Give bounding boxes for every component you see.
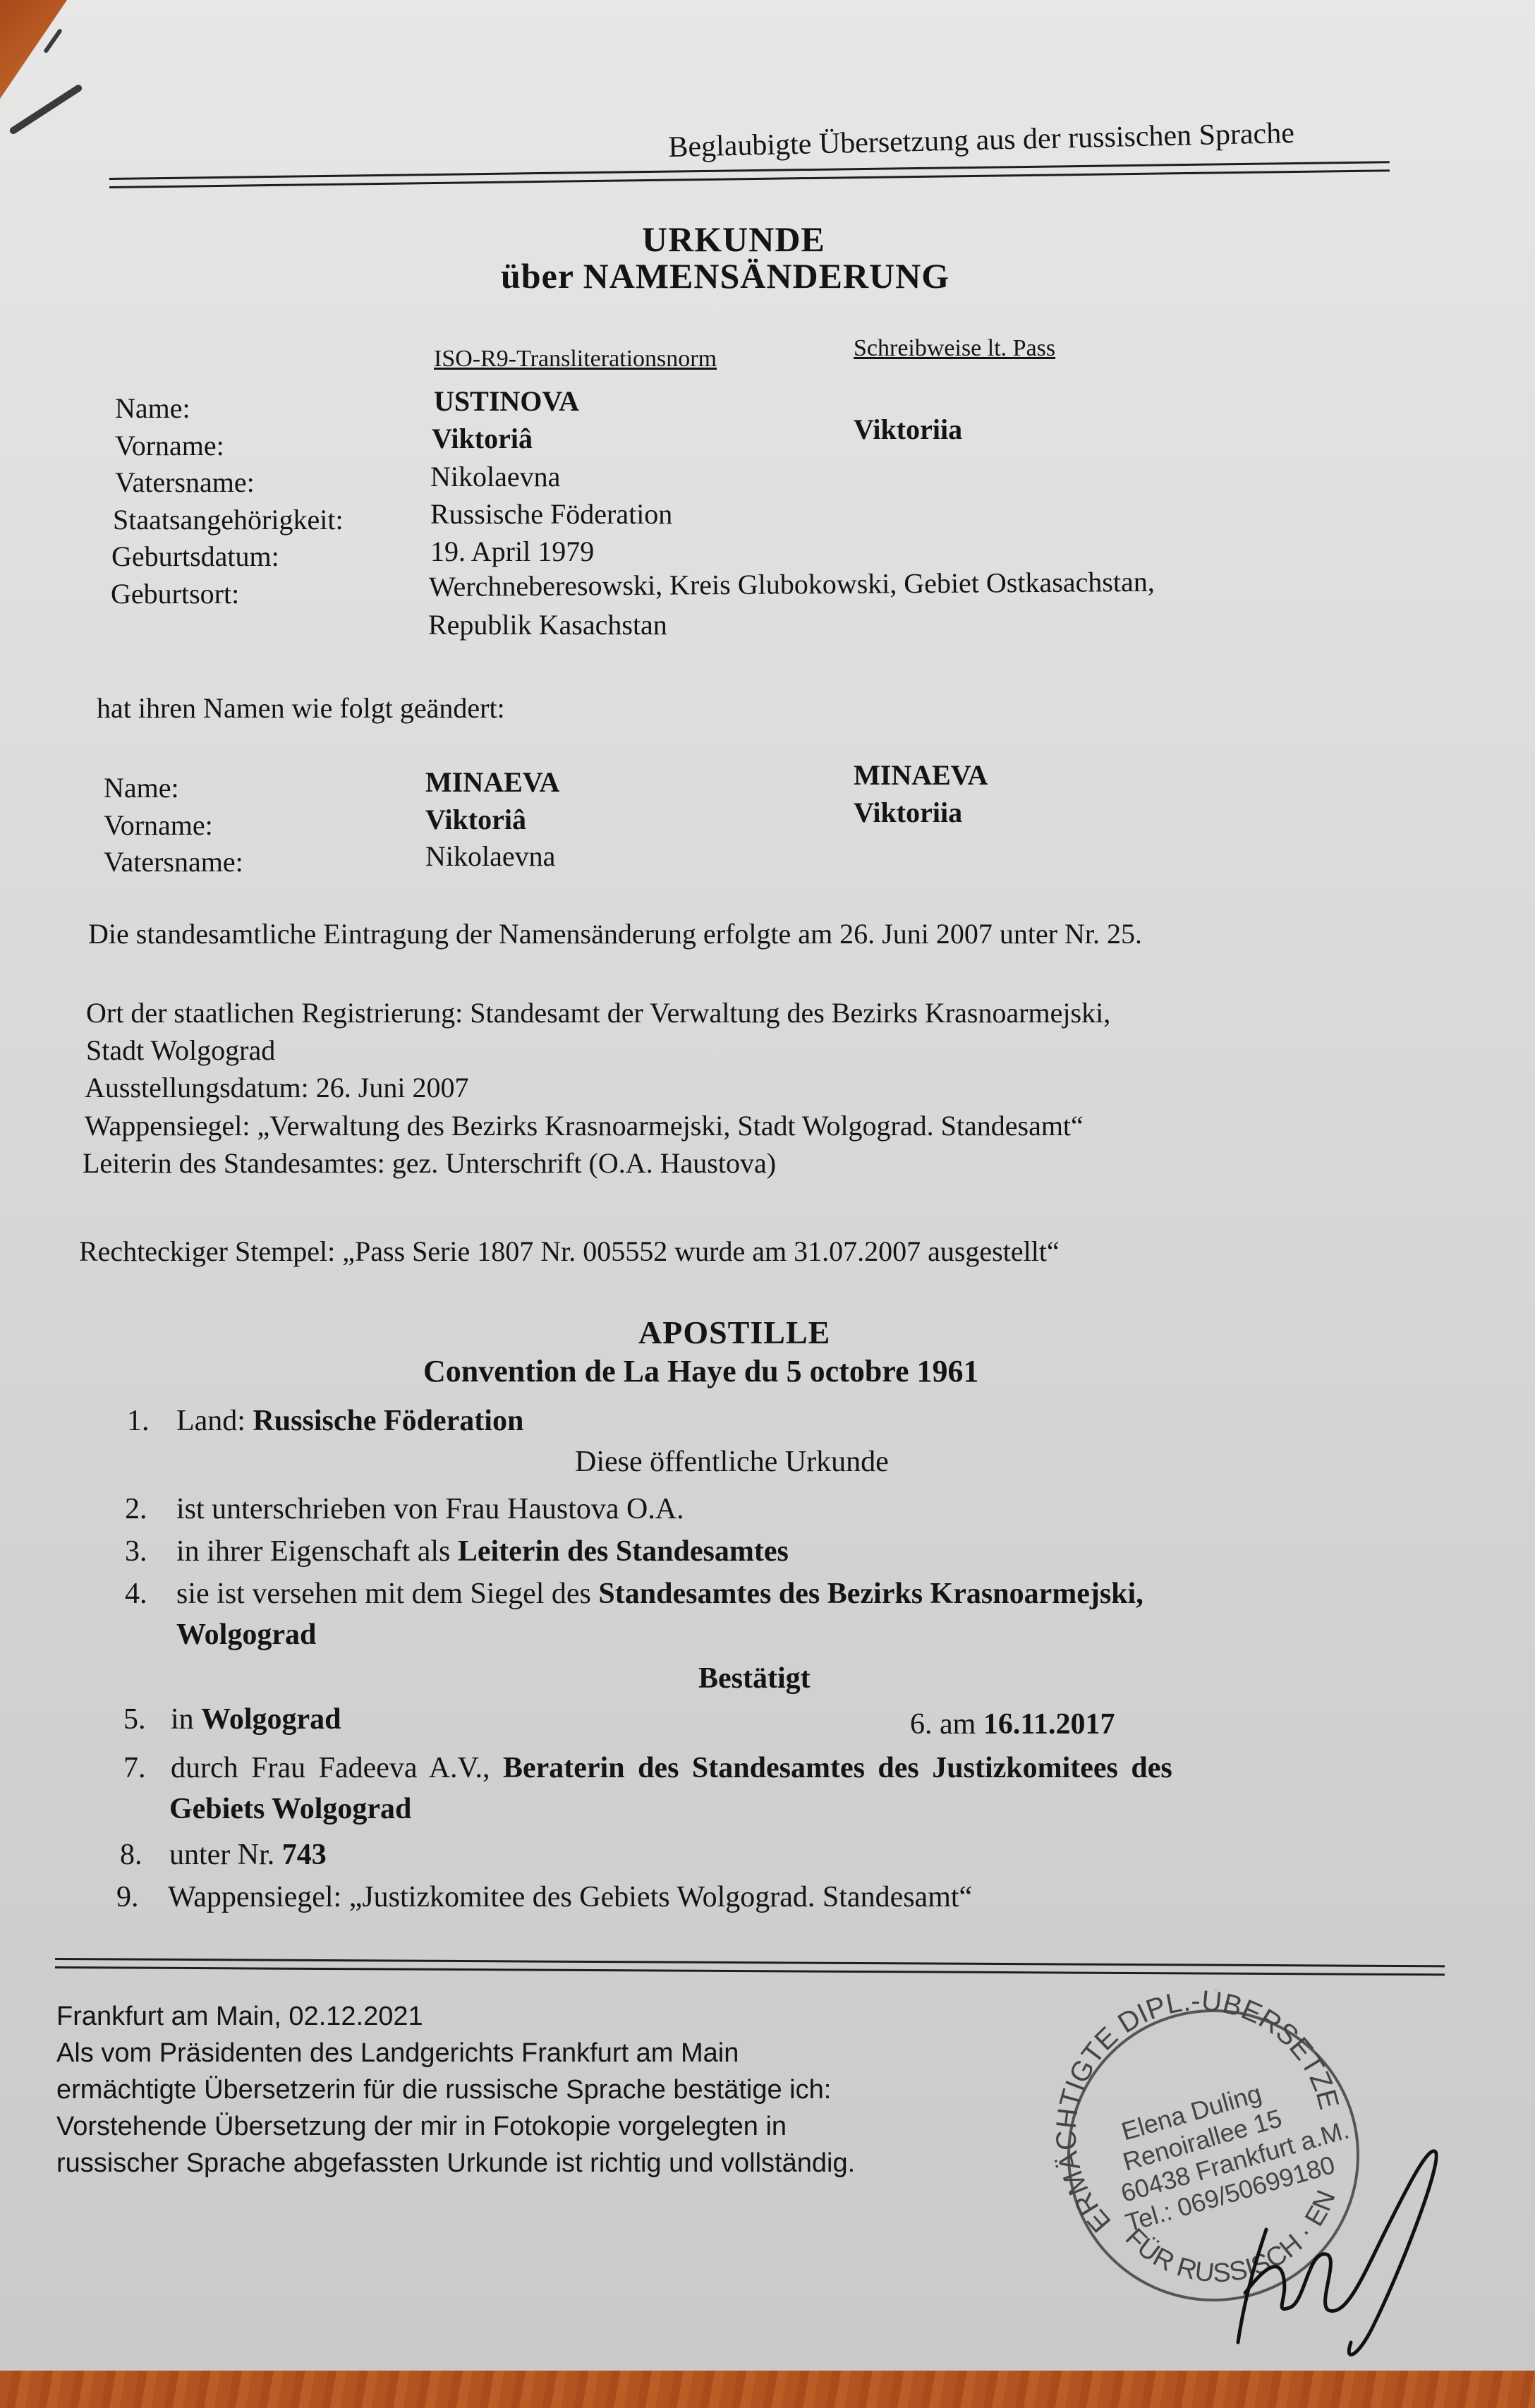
value-citizenship: Russische Föderation bbox=[430, 497, 672, 531]
value-birthplace: Werchneberesowski, Kreis Glubokowski, Ge… bbox=[429, 565, 1155, 603]
label-birthdate: Geburtsdatum: bbox=[111, 540, 279, 573]
item-3-role: Leiterin des Standesamtes bbox=[458, 1535, 789, 1568]
document-title: URKUNDE bbox=[642, 219, 825, 260]
label-new-name: Name: bbox=[104, 771, 179, 804]
apostille-item-2: ist unterschrieben von Frau Haustova O.A… bbox=[176, 1492, 684, 1526]
value-new-vatersname: Nikolaevna bbox=[425, 840, 555, 873]
label-vorname: Vorname: bbox=[115, 429, 224, 462]
label-vatersname: Vatersname: bbox=[115, 466, 255, 499]
certification-line: Vorstehende Übersetzung der mir in Fotok… bbox=[56, 2108, 855, 2145]
coat-of-arms-seal: Wappensiegel: „Verwaltung des Bezirks Kr… bbox=[85, 1109, 1084, 1142]
signature-icon bbox=[1224, 2131, 1457, 2356]
item-7-prefix: durch Frau Fadeeva A.V., bbox=[171, 1752, 503, 1784]
certified-translation-header: Beglaubigte Übersetzung aus der russisch… bbox=[668, 116, 1294, 164]
header-rule bbox=[109, 161, 1390, 188]
public-document-heading: Diese öffentliche Urkunde bbox=[575, 1445, 889, 1479]
apostille-item-5: in Wolgograd bbox=[171, 1702, 341, 1736]
label-citizenship: Staatsangehörigkeit: bbox=[113, 503, 344, 536]
certification-place-date: Frankfurt am Main, 02.12.2021 bbox=[56, 1998, 855, 2035]
confirmed-heading: Bestätigt bbox=[698, 1662, 811, 1695]
translator-stamp: ERMÄCHTIGTE DIPL.-ÜBERSETZERIN FÜR RUSSI… bbox=[1055, 1990, 1372, 2307]
apostille-item-7: durch Frau Fadeeva A.V., Beraterin des S… bbox=[171, 1751, 1172, 1785]
apostille-item-9: Wappensiegel: „Justizkomitee des Gebiets… bbox=[168, 1880, 972, 1914]
apostille-item-4-line2: Wolgograd bbox=[176, 1618, 316, 1652]
item-6-prefix: am bbox=[940, 1708, 983, 1741]
item-8-prefix: unter Nr. bbox=[169, 1839, 282, 1871]
value-name-iso: USTINOVA bbox=[434, 385, 579, 418]
table-surface-bottom bbox=[0, 2371, 1535, 2408]
item-7-role: Beraterin des Standesamtes des Justizkom… bbox=[503, 1752, 1172, 1784]
value-birthplace-line2: Republik Kasachstan bbox=[428, 608, 667, 641]
value-vatersname: Nikolaevna bbox=[430, 460, 560, 493]
apostille-item-7-num: 7. bbox=[123, 1751, 146, 1785]
apostille-item-4: sie ist versehen mit dem Siegel des Stan… bbox=[176, 1577, 1143, 1611]
apostille-item-8: unter Nr. 743 bbox=[169, 1838, 327, 1872]
certification-line: ermächtigte Übersetzerin für die russisc… bbox=[56, 2071, 855, 2108]
label-birthplace: Geburtsort: bbox=[111, 577, 239, 610]
certification-line: russischer Sprache abgefassten Urkunde i… bbox=[56, 2145, 855, 2182]
item-3-prefix: in ihrer Eigenschaft als bbox=[176, 1535, 458, 1568]
apostille-item-6: 6. am 16.11.2017 bbox=[910, 1707, 1115, 1741]
item-6-num: 6. bbox=[910, 1708, 933, 1741]
column-header-iso: ISO-R9-Transliterationsnorm bbox=[434, 346, 717, 373]
document-subtitle: über NAMENSÄNDERUNG bbox=[501, 255, 949, 296]
column-header-passport: Schreibweise lt. Pass bbox=[854, 335, 1055, 362]
issue-date: Ausstellungsdatum: 26. Juni 2007 bbox=[85, 1071, 468, 1104]
label-new-vorname: Vorname: bbox=[104, 809, 213, 842]
item-6-date: 16.11.2017 bbox=[983, 1708, 1115, 1741]
certification-block: Frankfurt am Main, 02.12.2021 Als vom Pr… bbox=[56, 1998, 855, 2182]
apostille-item-1: Land: Russische Föderation bbox=[176, 1404, 523, 1438]
item-1-prefix: Land: bbox=[176, 1405, 253, 1437]
name-change-intro: hat ihren Namen wie folgt geändert: bbox=[97, 691, 505, 725]
apostille-item-4-num: 4. bbox=[125, 1577, 147, 1611]
certification-line: Als vom Präsidenten des Landgerichts Fra… bbox=[56, 2035, 855, 2071]
apostille-item-9-num: 9. bbox=[116, 1880, 139, 1914]
document-page: Beglaubigte Übersetzung aus der russisch… bbox=[0, 0, 1535, 2371]
item-5-city: Wolgograd bbox=[201, 1703, 341, 1736]
footer-rule bbox=[55, 1958, 1445, 1976]
apostille-item-5-num: 5. bbox=[123, 1702, 146, 1736]
apostille-item-2-num: 2. bbox=[125, 1492, 147, 1526]
apostille-item-7-line2: Gebiets Wolgograd bbox=[169, 1792, 411, 1826]
registration-statement: Die standesamtliche Eintragung der Namen… bbox=[88, 917, 1142, 950]
label-name: Name: bbox=[115, 392, 190, 425]
apostille-subtitle: Convention de La Haye du 5 octobre 1961 bbox=[423, 1353, 979, 1389]
value-new-vorname-passport: Viktoriia bbox=[854, 796, 962, 829]
value-new-vorname-iso: Viktoriâ bbox=[425, 803, 526, 836]
item-4-prefix: sie ist versehen mit dem Siegel des bbox=[176, 1578, 598, 1610]
item-1-country: Russische Föderation bbox=[253, 1405, 523, 1437]
rectangular-stamp-note: Rechteckiger Stempel: „Pass Serie 1807 N… bbox=[79, 1235, 1060, 1268]
value-new-name-iso: MINAEVA bbox=[425, 766, 559, 799]
value-vorname-iso: Viktoriâ bbox=[432, 422, 533, 455]
item-5-prefix: in bbox=[171, 1703, 201, 1736]
registration-place-line2: Stadt Wolgograd bbox=[86, 1034, 275, 1067]
label-new-vatersname: Vatersname: bbox=[104, 845, 243, 878]
item-4-seal: Standesamtes des Bezirks Krasnoarmejski, bbox=[598, 1578, 1143, 1610]
pen-mark bbox=[43, 28, 63, 54]
registrar-signature: Leiterin des Standesamtes: gez. Untersch… bbox=[83, 1146, 776, 1180]
apostille-title: APOSTILLE bbox=[638, 1314, 830, 1351]
pen-mark bbox=[8, 83, 83, 135]
item-8-number: 743 bbox=[282, 1839, 327, 1871]
apostille-item-8-num: 8. bbox=[120, 1838, 142, 1872]
apostille-item-1-num: 1. bbox=[127, 1404, 150, 1438]
apostille-item-3: in ihrer Eigenschaft als Leiterin des St… bbox=[176, 1535, 789, 1568]
value-birthdate: 19. April 1979 bbox=[430, 535, 594, 568]
registration-place: Ort der staatlichen Registrierung: Stand… bbox=[86, 996, 1110, 1029]
apostille-item-3-num: 3. bbox=[125, 1535, 147, 1568]
value-vorname-passport: Viktoriia bbox=[854, 413, 962, 446]
value-new-name-passport: MINAEVA bbox=[854, 758, 988, 792]
